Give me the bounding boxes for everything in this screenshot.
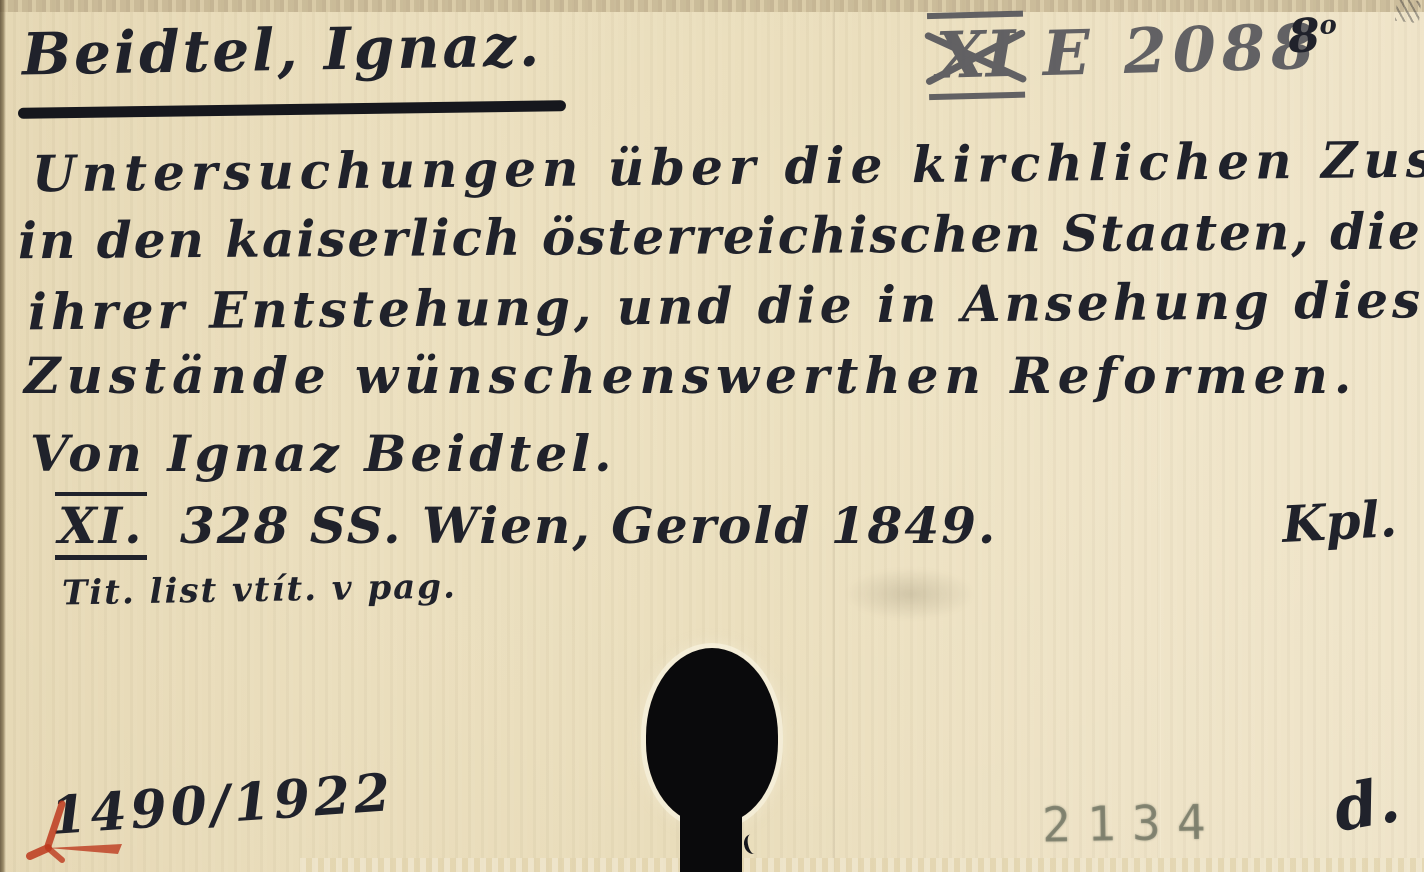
- format-mark: 8o: [1286, 6, 1339, 63]
- punch-hole-stem: [680, 800, 742, 872]
- shelfmark-number: E 2088: [1042, 10, 1321, 90]
- red-arrow-icon: [18, 798, 128, 870]
- card-bottom-edge: [300, 858, 1424, 872]
- collation-volume: XI.: [55, 492, 147, 560]
- format-digit: 8: [1286, 8, 1322, 64]
- corner-hatch-mark: [1395, 0, 1421, 23]
- vertical-light-band: [1158, 0, 1161, 872]
- shelfmark: XI E 2088: [927, 3, 1321, 100]
- catalog-card: Beidtel, Ignaz. XI E 2088 8o Untersuchun…: [0, 0, 1424, 872]
- number-stamp: 2134: [1042, 794, 1223, 853]
- corner-letter-mark: d.: [1328, 763, 1405, 846]
- author-heading: Beidtel, Ignaz.: [21, 11, 542, 88]
- vertical-crease: [833, 0, 835, 872]
- collation-rest: 328 SS. Wien, Gerold 1849.: [180, 496, 997, 555]
- title-line: Zustände wünschenswerthen Reformen.: [24, 346, 1357, 405]
- ink-speck: [742, 832, 763, 855]
- punch-hole-head: [646, 648, 778, 824]
- completeness-mark: Kpl.: [1281, 489, 1399, 554]
- author-statement: Von Ignaz Beidtel.: [30, 424, 616, 483]
- shelfmark-old-class: XI: [927, 11, 1025, 100]
- title-line: in den kaiserlich österreichischen Staat…: [18, 201, 1424, 271]
- title-line: ihrer Entstehung, und die in Ansehung di…: [28, 270, 1424, 342]
- pagination-note: Tit. list vtít. v pag.: [62, 567, 458, 614]
- heading-underline: [18, 100, 566, 119]
- title-line: Untersuchungen über die kirchlichen Zust…: [32, 128, 1424, 204]
- format-superscript: o: [1318, 10, 1337, 41]
- card-left-edge: [0, 0, 6, 872]
- faded-stamp-smudge: [845, 568, 975, 620]
- collation-line: XI. 328 SS. Wien, Gerold 1849.: [55, 492, 997, 560]
